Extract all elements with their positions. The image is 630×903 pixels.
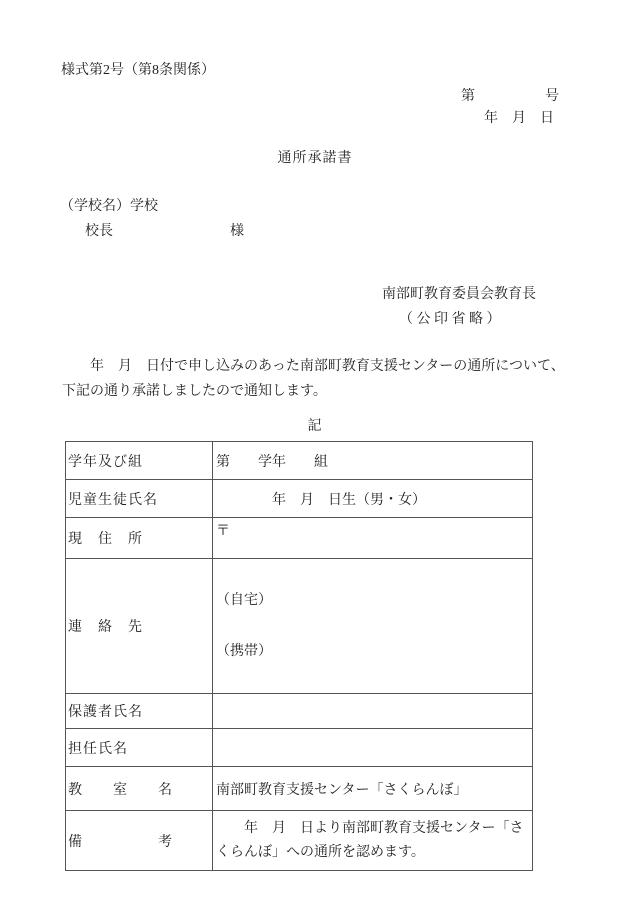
body-paragraph-line-1: 年 月 日付で申し込みのあった南部町教育支援センターの通所について、 — [62, 359, 565, 375]
table-row-guardian-name: 保護者氏名 — [66, 694, 533, 729]
postal-mark: 〒 — [213, 518, 533, 559]
guardian-name-label: 保護者氏名 — [66, 694, 213, 729]
classroom-name-value: 南部町教育支援センター「さくらんぼ」 — [213, 767, 533, 811]
table-row-classroom-name: 教 室 名 南部町教育支援センター「さくらんぼ」 — [66, 767, 533, 811]
grade-class-value: 第 学年 組 — [213, 442, 533, 480]
remarks-value: 年 月 日より南部町教育支援センター「さくらんぼ」への通所を認めます。 — [213, 811, 533, 871]
sender-name: 南部町教育委員会教育長 — [382, 287, 536, 303]
issue-date-line: 年 月 日 — [484, 111, 554, 127]
table-row-contact: 連 絡 先 （自宅） （携帯） — [66, 559, 533, 694]
remarks-label: 備 考 — [66, 811, 213, 871]
teacher-name-label: 担任氏名 — [66, 729, 213, 767]
contact-value: （自宅） （携帯） — [213, 559, 533, 694]
grade-class-label: 学年及び組 — [66, 442, 213, 480]
table-row-teacher-name: 担任氏名 — [66, 729, 533, 767]
body-paragraph-line-2: 下記の通り承諾しましたので通知します。 — [62, 384, 327, 400]
guardian-name-value — [213, 694, 533, 729]
remarks-text: 年 月 日より南部町教育支援センター「さくらんぼ」への通所を認めます。 — [216, 817, 530, 865]
seal-omitted-note: （ 公 印 省 略 ） — [399, 312, 501, 328]
document-page: 様式第2号（第8条関係） 第 号 年 月 日 通所承諾書 （学校名）学校 校長 … — [0, 0, 630, 903]
table-row-address: 現 住 所 〒 — [66, 518, 533, 559]
addressee-school-name: （学校名）学校 — [60, 199, 158, 215]
contact-mobile-line: （携帯） — [216, 642, 532, 661]
table-row-grade-class: 学年及び組 第 学年 組 — [66, 442, 533, 480]
table-row-remarks: 備 考 年 月 日より南部町教育支援センター「さくらんぼ」への通所を認めます。 — [66, 811, 533, 871]
contact-home-line: （自宅） — [216, 591, 532, 610]
addressee-honorific: 様 — [230, 224, 244, 240]
detail-table: 学年及び組 第 学年 組 児童生徒氏名 年 月 日生（男・女） 現 住 所 〒 … — [65, 441, 533, 871]
contact-label: 連 絡 先 — [66, 559, 213, 694]
record-marker: 記 — [0, 419, 630, 435]
document-number-line: 第 号 — [461, 89, 559, 105]
form-number: 様式第2号（第8条関係） — [61, 63, 215, 79]
student-birthdate-value: 年 月 日生（男・女） — [213, 480, 533, 518]
classroom-name-label: 教 室 名 — [66, 767, 213, 811]
student-name-label: 児童生徒氏名 — [66, 480, 213, 518]
address-label: 現 住 所 — [66, 518, 213, 559]
table-row-student-name: 児童生徒氏名 年 月 日生（男・女） — [66, 480, 533, 518]
teacher-name-value — [213, 729, 533, 767]
document-title: 通所承諾書 — [0, 151, 630, 167]
addressee-principal-label: 校長 — [85, 224, 113, 240]
